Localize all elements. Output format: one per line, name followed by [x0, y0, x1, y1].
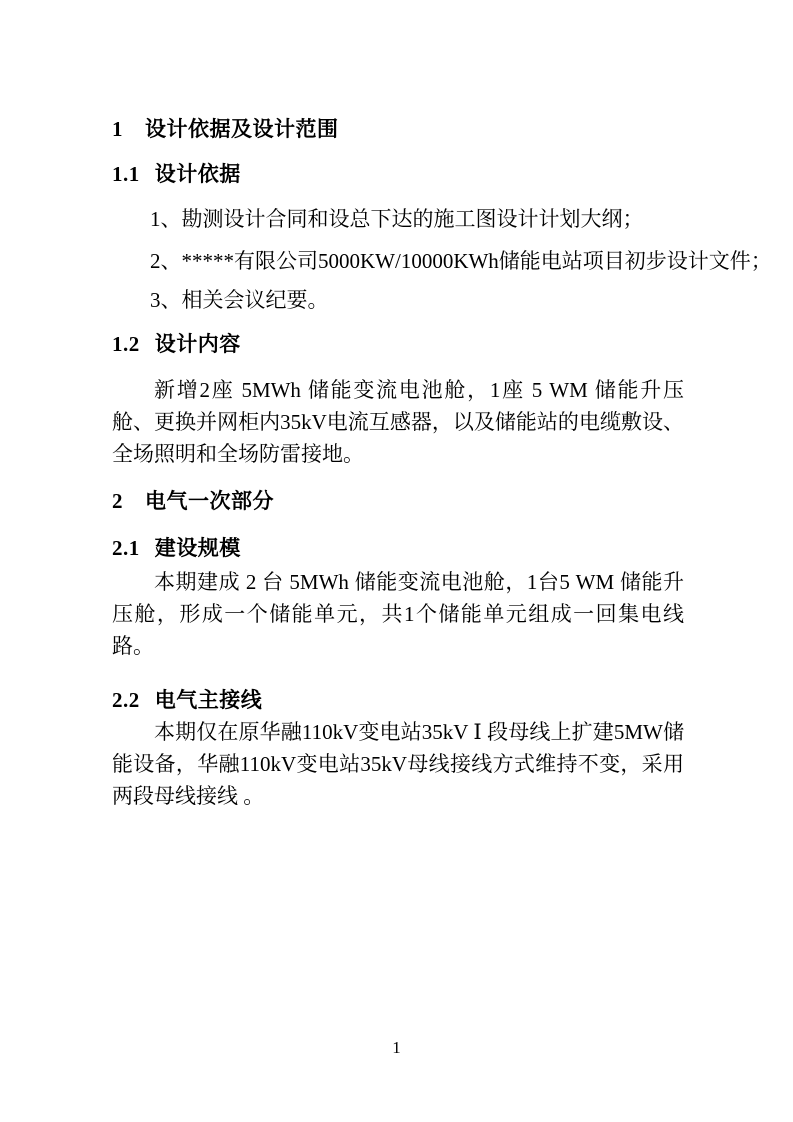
subsection-title: 设计依据: [155, 162, 241, 186]
subsection-number: 2.2: [112, 689, 140, 712]
section-heading-electrical-primary: 2电气一次部分: [112, 490, 684, 513]
paragraph-main-wiring: 本期仅在原华融110kV变电站35kV Ⅰ 段母线上扩建5MW储能设备，华融11…: [112, 716, 684, 812]
subsection-heading-main-wiring: 2.2电气主接线: [112, 689, 684, 712]
document-page: 1设计依据及设计范围 1.1设计依据 1、勘测设计合同和设总下达的施工图设计计划…: [0, 0, 793, 1122]
section-title: 设计依据及设计范围: [145, 117, 339, 141]
subsection-heading-design-basis: 1.1设计依据: [112, 163, 684, 186]
section-number: 1: [112, 118, 123, 141]
subsection-title: 电气主接线: [155, 688, 263, 712]
list-item: 2、*****有限公司5000KW/10000KWh储能电站项目初步设计文件；: [112, 250, 684, 273]
subsection-title: 建设规模: [155, 536, 241, 560]
subsection-heading-design-content: 1.2设计内容: [112, 333, 684, 356]
section-number: 2: [112, 490, 123, 513]
subsection-number: 1.2: [112, 333, 140, 356]
section-title: 电气一次部分: [145, 489, 274, 513]
subsection-number: 1.1: [112, 163, 140, 186]
list-item: 1、勘测设计合同和设总下达的施工图设计计划大纲；: [112, 208, 684, 231]
paragraph-construction-scale: 本期建成 2 台 5MWh 储能变流电池舱，1台5 WM 储能升压舱，形成一个储…: [112, 566, 684, 662]
subsection-title: 设计内容: [155, 332, 241, 356]
section-heading-design-basis-scope: 1设计依据及设计范围: [112, 118, 684, 141]
paragraph-design-content: 新增2座 5MWh 储能变流电池舱，1座 5 WM 储能升压舱、更换并网柜内35…: [112, 374, 684, 470]
page-number: 1: [0, 1038, 793, 1058]
list-item: 3、相关会议纪要。: [112, 289, 684, 312]
subsection-heading-construction-scale: 2.1建设规模: [112, 537, 684, 560]
subsection-number: 2.1: [112, 537, 140, 560]
